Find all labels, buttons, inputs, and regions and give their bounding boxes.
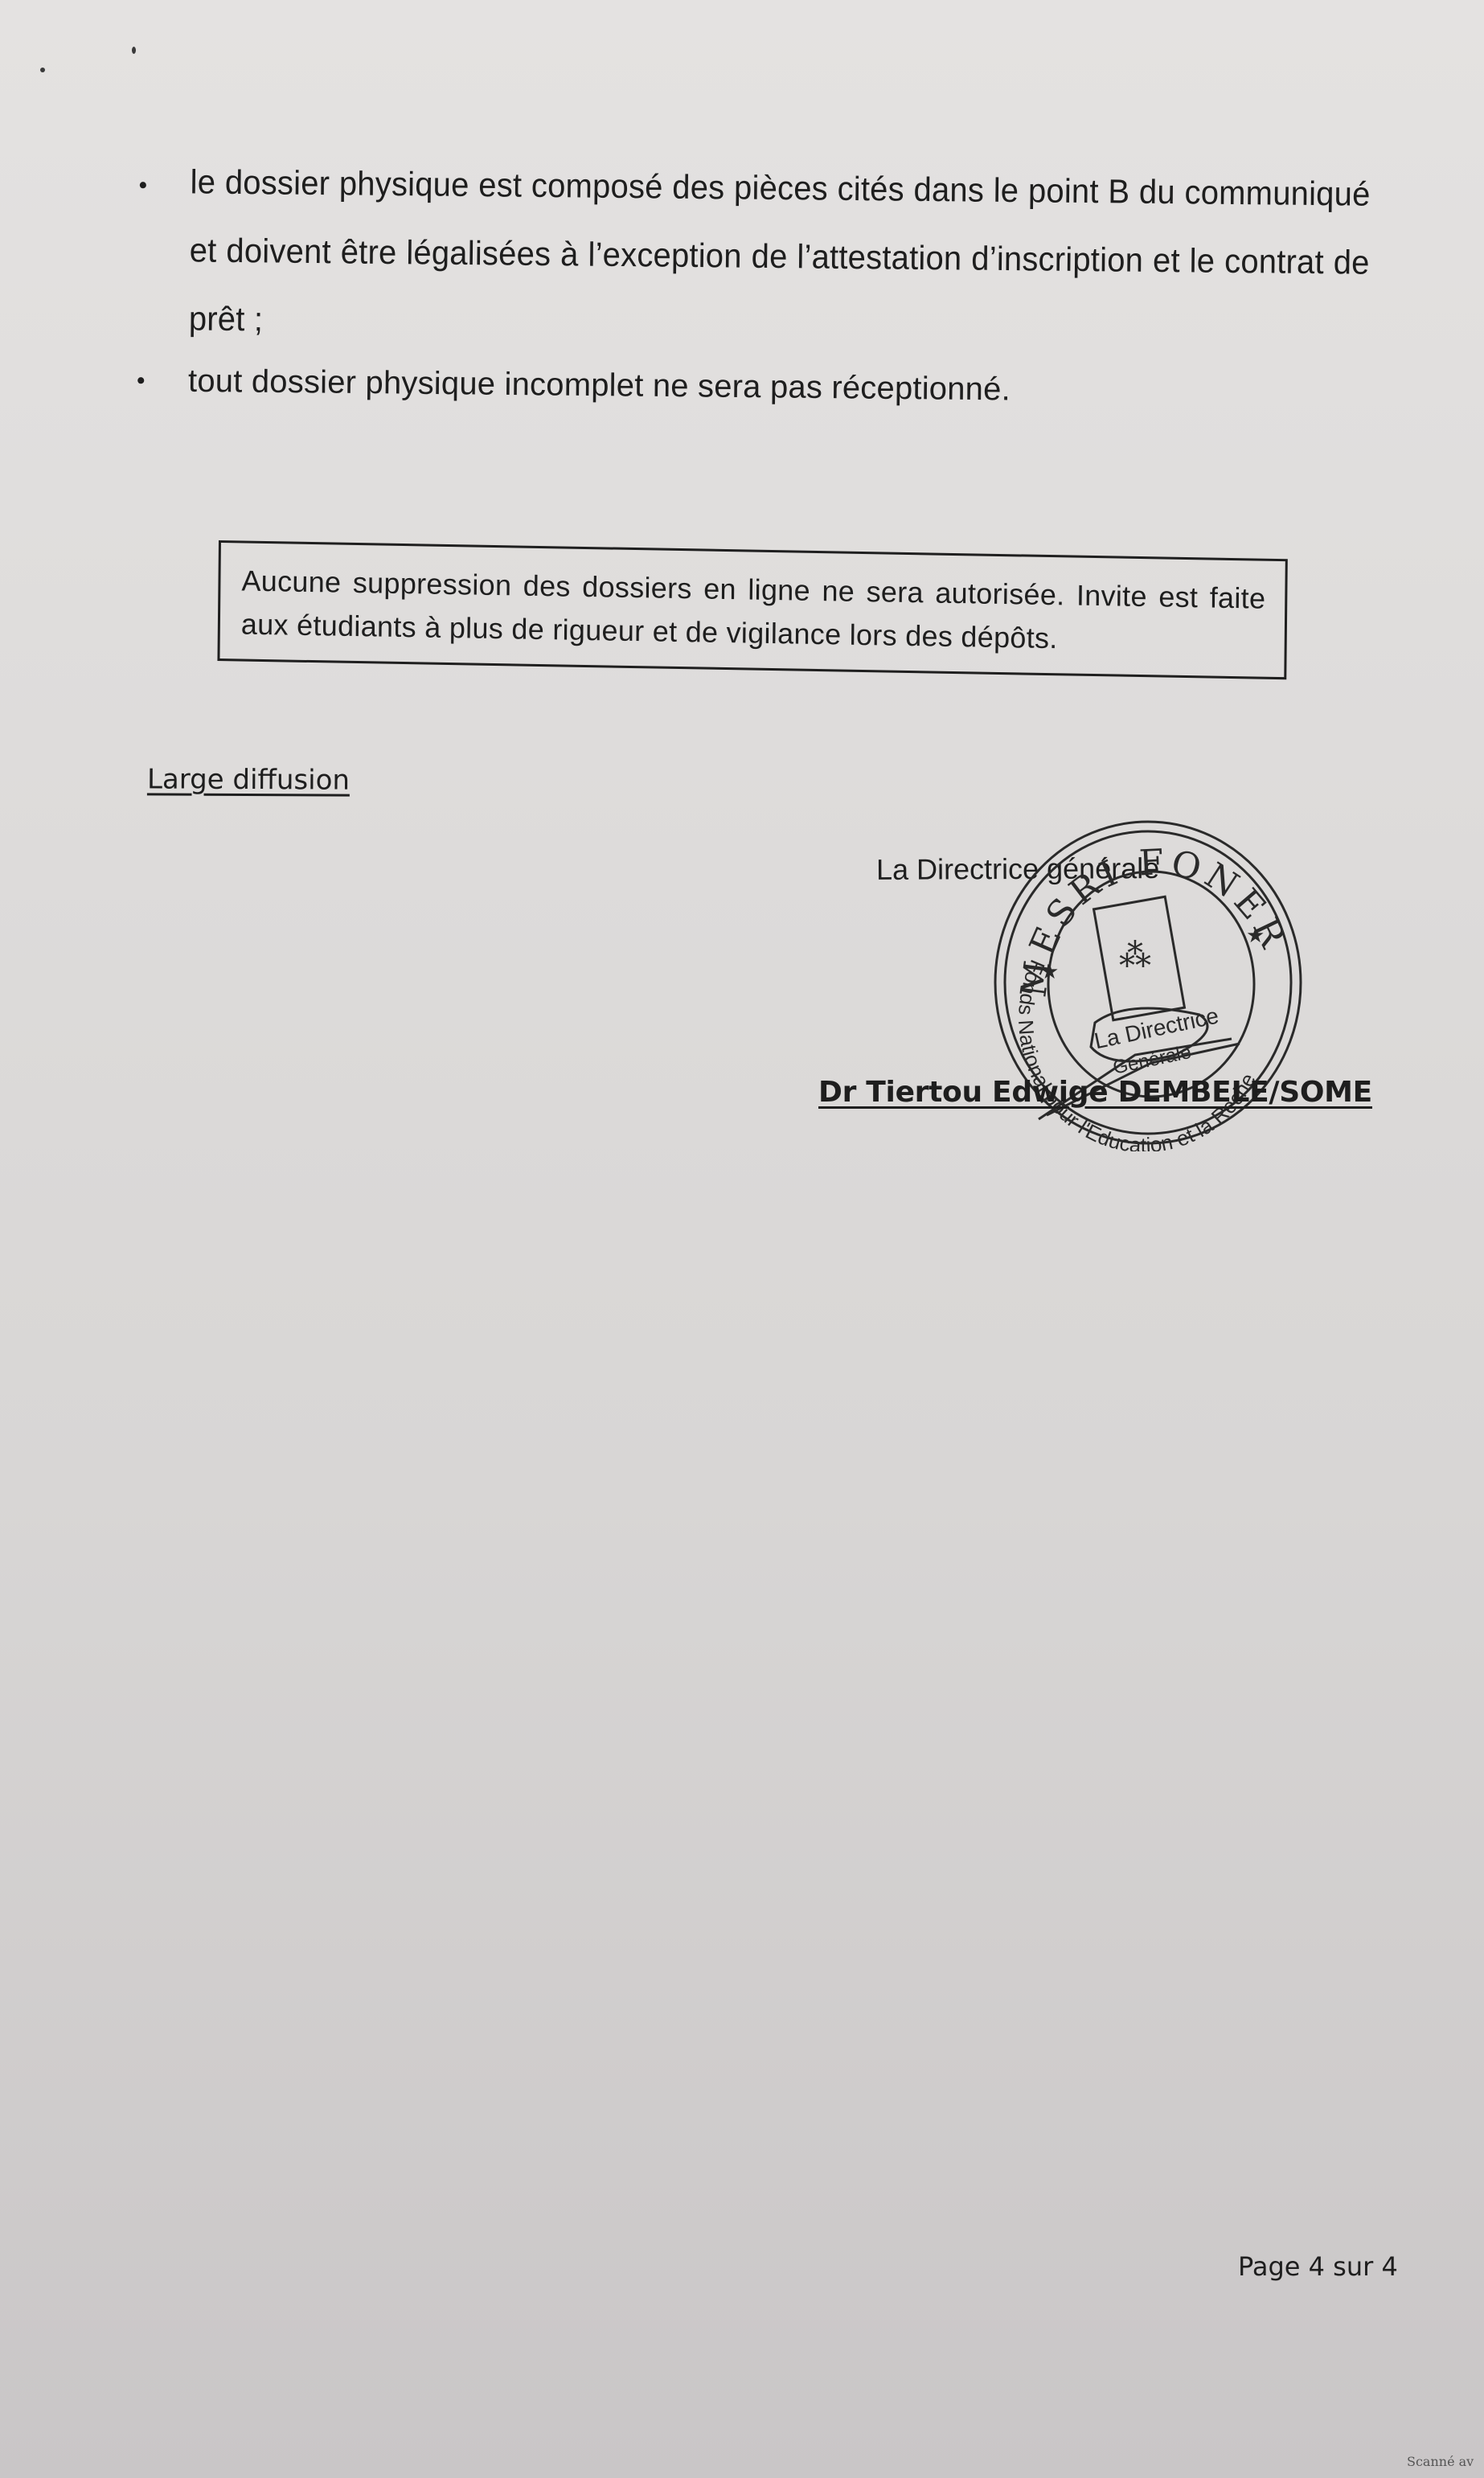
notice-text: Aucune suppression des dossiers en ligne… — [241, 564, 1266, 655]
bullet-icon: • — [138, 153, 148, 218]
bullet-text: tout dossier physique incomplet ne sera … — [188, 363, 1011, 408]
page-number: Page 4 sur 4 — [1238, 2251, 1398, 2282]
signature-title: La Directrice générale — [876, 851, 1159, 887]
svg-text:★: ★ — [1040, 960, 1059, 984]
list-item: • le dossier physique est composé des pi… — [130, 153, 1370, 361]
svg-text:La Directrice: La Directrice — [1092, 1003, 1220, 1053]
notice-box: Aucune suppression des dossiers en ligne… — [217, 540, 1287, 679]
svg-text:⁂: ⁂ — [1119, 937, 1151, 974]
svg-text:Générale: Générale — [1111, 1041, 1193, 1079]
distribution-label: Large diffusion — [147, 763, 350, 796]
bullet-icon: • — [137, 348, 146, 413]
scan-speck — [132, 47, 136, 54]
bullet-text: le dossier physique est composé des pièc… — [188, 149, 1371, 367]
scan-speck — [40, 68, 45, 72]
scan-watermark: Scanné av — [1407, 2454, 1474, 2469]
requirements-list: • le dossier physique est composé des pi… — [130, 153, 1371, 426]
signatory-name: Dr Tiertou Edwige DEMBELE/SOME — [818, 1076, 1372, 1109]
list-item: • tout dossier physique incomplet ne ser… — [130, 348, 1369, 426]
svg-text:★: ★ — [1246, 924, 1265, 948]
